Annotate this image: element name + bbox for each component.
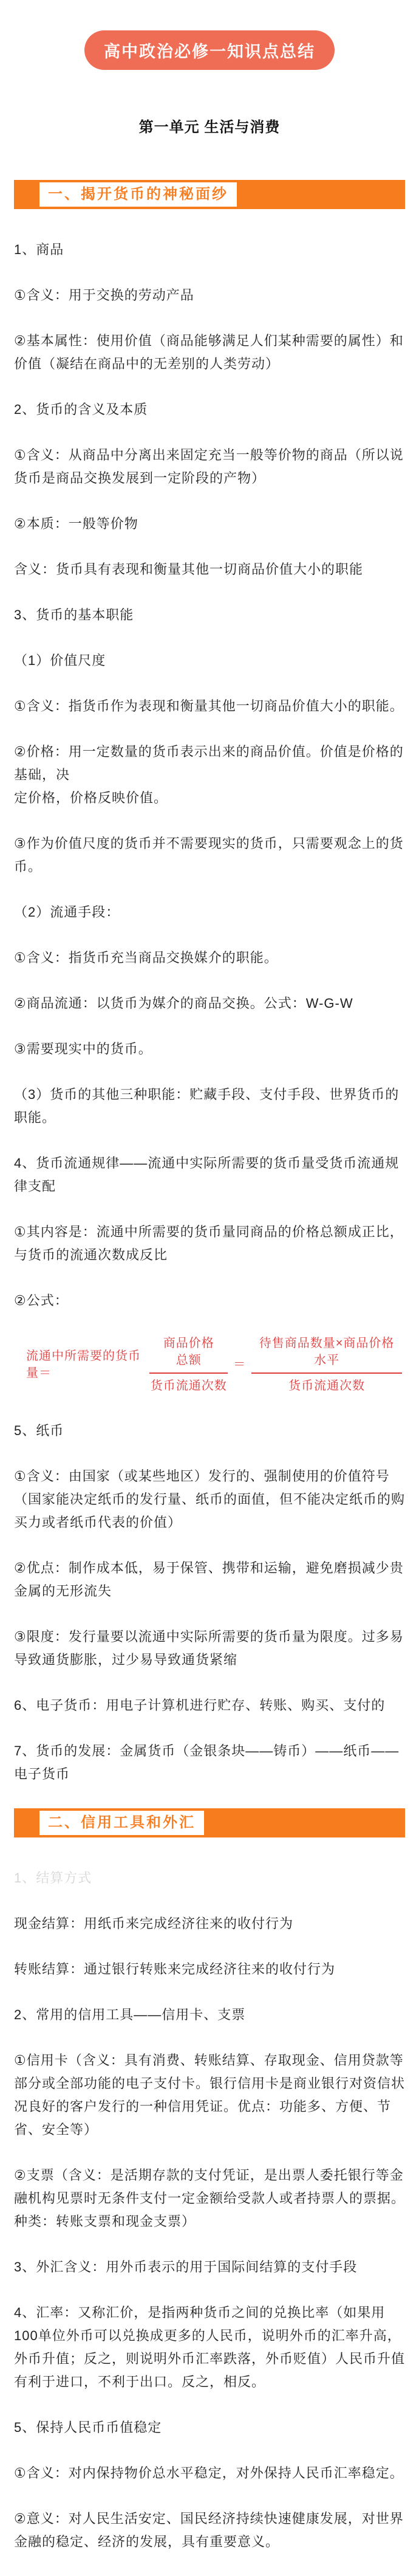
paragraph: ②公式： <box>14 1289 405 1312</box>
section-credit-tools-forex: 二、信用工具和外汇 1、结算方式现金结算：用纸币来完成经济往来的收付行为转账结算… <box>0 1808 419 2554</box>
paragraph: 7、货币的发展：金属货币（金银条块——铸币）——纸币——电子货币 <box>14 1740 405 1786</box>
paragraph: ②本质：一般等价物 <box>14 512 405 536</box>
paragraph: （3）货币的其他三种职能：贮藏手段、支付手段、世界货币的职能。 <box>14 1083 405 1129</box>
paragraph: ①含义：由国家（或某些地区）发行的、强制使用的价值符号（国家能决定纸币的发行量、… <box>14 1465 405 1534</box>
paragraph: ②基本属性：使用价值（商品能够满足人们某种需要的属性）和价值（凝结在商品中的无差… <box>14 329 405 376</box>
money-circulation-formula: 流通中所需要的货币量＝ 商品价格总额 货币流通次数 ＝ 待售商品数量×商品价格水… <box>14 1335 405 1394</box>
section-1-heading-bar: 一、揭开货币的神秘面纱 <box>14 180 405 209</box>
paragraph: 5、保持人民币币值稳定 <box>14 2416 405 2439</box>
paragraph: 含义：货币具有表现和衡量其他一切商品价值大小的职能 <box>14 558 405 581</box>
paragraph: ①含义：指货币作为表现和衡量其他一切商品价值大小的职能。 <box>14 695 405 718</box>
formula-fraction-1-numerator: 商品价格总额 <box>149 1335 228 1374</box>
article-page: 高中政治必修一知识点总结 第一单元 生活与消费 一、揭开货币的神秘面纱 1、商品… <box>0 0 419 2554</box>
paragraph: ③需要现实中的货币。 <box>14 1038 405 1061</box>
paragraph: 4、货币流通规律——流通中实际所需要的货币量受货币流通规律支配 <box>14 1152 405 1198</box>
unit-title: 第一单元 生活与消费 <box>0 115 419 136</box>
paragraph: ②价格：用一定数量的货币表示出来的商品价值。价值是价格的基础，决 定价格，价格反… <box>14 740 405 810</box>
paragraph: ①信用卡（含义：具有消费、转账结算、存取现金、信用贷款等部分或全部功能的电子支付… <box>14 2049 405 2141</box>
section-2-heading: 二、信用工具和外汇 <box>39 1811 204 1836</box>
paragraph: 3、货币的基本职能 <box>14 604 405 627</box>
paragraph: ①其内容是：流通中所需要的货币量同商品的价格总额成正比，与货币的流通次数成反比 <box>14 1221 405 1267</box>
paragraph: 1、结算方式 <box>14 1867 405 1890</box>
paragraph: ②优点：制作成本低，易于保管、携带和运输，避免磨损减少贵金属的无形流失 <box>14 1557 405 1603</box>
paragraph: ②支票（含义：是活期存款的支付凭证，是出票人委托银行等金融机构见票时无条件支付一… <box>14 2164 405 2233</box>
paragraph: （2）流通手段： <box>14 901 405 924</box>
paragraph: （1）价值尺度 <box>14 649 405 672</box>
formula-fraction-2-denominator: 货币流通次数 <box>251 1374 402 1394</box>
formula-lead-text: 流通中所需要的货币量＝ <box>26 1348 146 1382</box>
paragraph: 4、汇率：又称汇价，是指两种货币之间的兑换比率（如果用100单位外币可以兑换成更… <box>14 2301 405 2394</box>
paragraph: 3、外汇含义：用外币表示的用于国际间结算的支付手段 <box>14 2256 405 2279</box>
formula-fraction-2: 待售商品数量×商品价格水平 货币流通次数 <box>251 1335 402 1394</box>
paragraph: ②商品流通：以货币为媒介的商品交换。公式：W-G-W <box>14 992 405 1015</box>
formula-fraction-2-numerator: 待售商品数量×商品价格水平 <box>251 1335 402 1374</box>
paragraph: 现金结算：用纸币来完成经济往来的收付行为 <box>14 1912 405 1935</box>
section-1-heading: 一、揭开货币的神秘面纱 <box>39 182 237 207</box>
paragraph: ①含义：用于交换的劳动产品 <box>14 284 405 307</box>
section-2-heading-bar: 二、信用工具和外汇 <box>14 1808 405 1837</box>
paragraph: ③限度：发行量要以流通中实际所需要的货币量为限度。过多易导致通货膨胀，过少易导致… <box>14 1625 405 1672</box>
paragraph: 2、货币的含义及本质 <box>14 398 405 421</box>
formula-fraction-1-denominator: 货币流通次数 <box>149 1374 228 1394</box>
paragraph: 1、商品 <box>14 238 405 261</box>
section-2-body: 1、结算方式现金结算：用纸币来完成经济往来的收付行为转账结算：通过银行转账来完成… <box>0 1837 419 2554</box>
paragraph: ①含义：指货币充当商品交换媒介的职能。 <box>14 946 405 969</box>
paragraph: 2、常用的信用工具——信用卡、支票 <box>14 2003 405 2027</box>
paragraph: ①含义：对内保持物价总水平稳定，对外保持人民币汇率稳定。 <box>14 2462 405 2485</box>
paragraph: ①含义：从商品中分离出来固定充当一般等价物的商品（所以说货币是商品交换发展到一定… <box>14 444 405 490</box>
paragraph: 转账结算：通过银行转账来完成经济往来的收付行为 <box>14 1958 405 1981</box>
paragraph: 6、电子货币：用电子计算机进行贮存、转账、购买、支付的 <box>14 1694 405 1717</box>
paragraph: ③作为价值尺度的货币并不需要现实的货币，只需要观念上的货币。 <box>14 832 405 878</box>
paragraph: 5、纸币 <box>14 1419 405 1442</box>
section-1-body: 1、商品①含义：用于交换的劳动产品②基本属性：使用价值（商品能够满足人们某种需要… <box>0 209 419 1786</box>
formula-fraction-1: 商品价格总额 货币流通次数 <box>149 1335 228 1394</box>
section-unveil-money: 一、揭开货币的神秘面纱 1、商品①含义：用于交换的劳动产品②基本属性：使用价值（… <box>0 180 419 1786</box>
paragraph: ②意义：对人民生活安定、国民经济持续快速健康发展，对世界金融的稳定、经济的发展，… <box>14 2507 405 2554</box>
article-title-pill: 高中政治必修一知识点总结 <box>84 30 335 70</box>
formula-equals-sign: ＝ <box>233 1356 246 1373</box>
